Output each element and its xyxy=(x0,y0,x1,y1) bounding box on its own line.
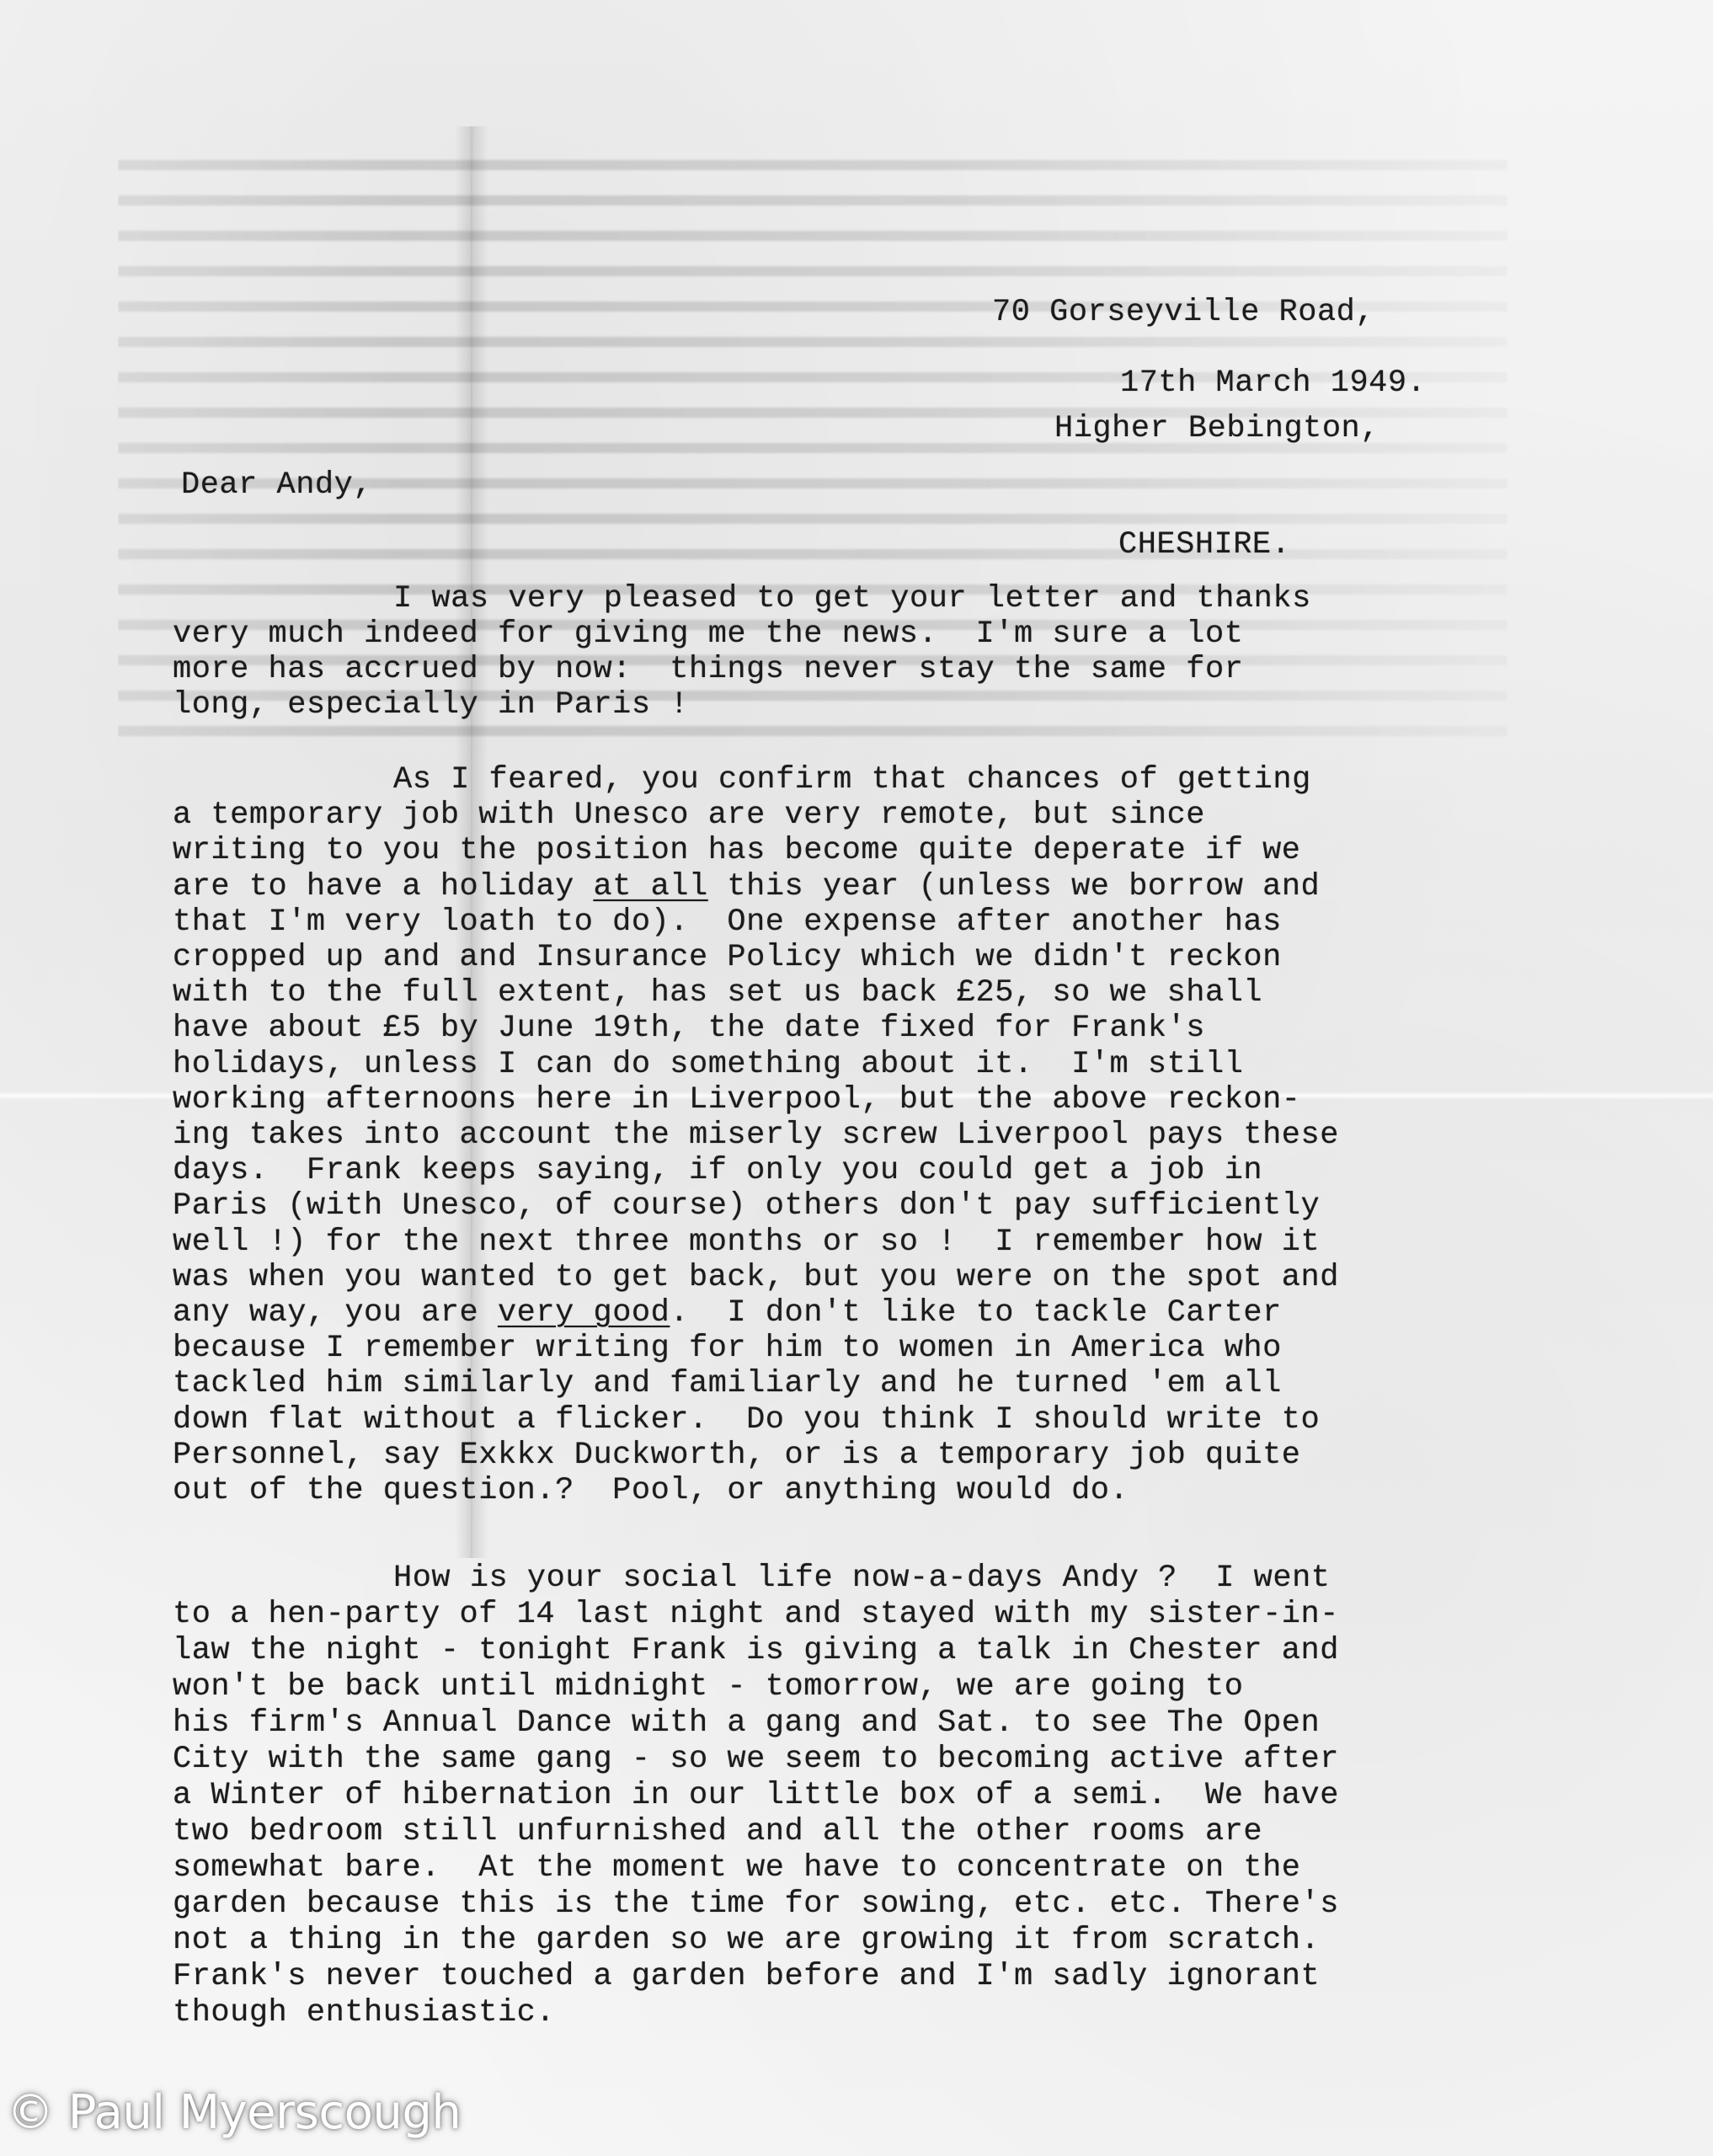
text-line: I was very pleased to get your letter an… xyxy=(173,581,1520,616)
text-line: any way, you are very good. I don't like… xyxy=(173,1295,1520,1331)
text-line: tackled him similarly and familiarly and… xyxy=(173,1366,1520,1401)
text-line: City with the same gang - so we seem to … xyxy=(173,1742,1520,1778)
letter-paper: 70 Gorseyville Road, Higher Bebington, C… xyxy=(0,0,1713,2156)
text-line: down flat without a flicker. Do you thin… xyxy=(173,1402,1520,1438)
text-line: writing to you the position has become q… xyxy=(173,833,1520,868)
text-line: law the night - tonight Frank is giving … xyxy=(173,1633,1520,1669)
text-line: his firm's Annual Dance with a gang and … xyxy=(173,1705,1520,1742)
address-line-1: 70 Gorseyville Road, xyxy=(992,293,1379,332)
text-line: somewhat bare. At the moment we have to … xyxy=(173,1850,1520,1886)
text-line: Paris (with Unesco, of course) others do… xyxy=(173,1188,1520,1224)
text-line: cropped up and and Insurance Policy whic… xyxy=(173,940,1520,975)
text-line: holidays, unless I can do something abou… xyxy=(173,1047,1520,1082)
underlined-phrase: very good xyxy=(498,1295,670,1331)
text-line: out of the question.? Pool, or anything … xyxy=(173,1473,1520,1508)
text-line: to a hen-party of 14 last night and stay… xyxy=(173,1597,1520,1633)
text-line: Frank's never touched a garden before an… xyxy=(173,1959,1520,1995)
text-line: are to have a holiday at all this year (… xyxy=(173,869,1520,905)
text-line: with to the full extent, has set us back… xyxy=(173,975,1520,1011)
address-line-2: Higher Bebington, xyxy=(992,409,1379,448)
text-line: that I'm very loath to do). One expense … xyxy=(173,905,1520,940)
paragraph-3: How is your social life now-a-days Andy … xyxy=(173,1561,1520,2031)
text-line: very much indeed for giving me the news.… xyxy=(173,616,1520,652)
text-line: was when you wanted to get back, but you… xyxy=(173,1260,1520,1295)
sender-address: 70 Gorseyville Road, Higher Bebington, C… xyxy=(992,216,1379,642)
text-line: a temporary job with Unesco are very rem… xyxy=(173,798,1520,833)
paragraph-1: I was very pleased to get your letter an… xyxy=(173,581,1520,723)
text-line: have about £5 by June 19th, the date fix… xyxy=(173,1011,1520,1046)
text-line: because I remember writing for him to wo… xyxy=(173,1331,1520,1366)
text-line: Personnel, say Exkkx Duckworth, or is a … xyxy=(173,1438,1520,1473)
address-line-3: CHESHIRE. xyxy=(992,526,1379,564)
paragraph-2: As I feared, you confirm that chances of… xyxy=(173,762,1520,1508)
salutation: Dear Andy, xyxy=(181,467,372,503)
text-line: ing takes into account the miserly screw… xyxy=(173,1118,1520,1153)
letter-date: 17th March 1949. xyxy=(1120,366,1426,401)
text-line: days. Frank keeps saying, if only you co… xyxy=(173,1153,1520,1188)
text-line: As I feared, you confirm that chances of… xyxy=(173,762,1520,798)
underlined-phrase: at all xyxy=(593,869,707,905)
text-line: not a thing in the garden so we are grow… xyxy=(173,1923,1520,1959)
text-line: though enthusiastic. xyxy=(173,1995,1520,2031)
copyright-watermark: © Paul Myerscough xyxy=(7,2085,461,2140)
text-line: two bedroom still unfurnished and all th… xyxy=(173,1814,1520,1850)
text-line: more has accrued by now: things never st… xyxy=(173,652,1520,687)
text-line: a Winter of hibernation in our little bo… xyxy=(173,1778,1520,1814)
text-line: How is your social life now-a-days Andy … xyxy=(173,1561,1520,1597)
text-line: long, especially in Paris ! xyxy=(173,687,1520,723)
text-line: won't be back until midnight - tomorrow,… xyxy=(173,1669,1520,1705)
text-line: garden because this is the time for sowi… xyxy=(173,1886,1520,1923)
text-line: well !) for the next three months or so … xyxy=(173,1225,1520,1260)
text-line: working afternoons here in Liverpool, bu… xyxy=(173,1082,1520,1118)
